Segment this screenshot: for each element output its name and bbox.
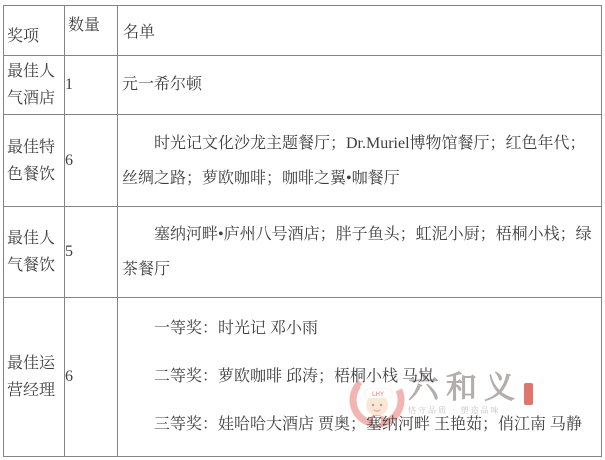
award-count: 6 bbox=[65, 298, 118, 457]
award-name: 最佳人气餐饮 bbox=[4, 207, 65, 298]
award-name: 最佳特色餐饮 bbox=[4, 115, 65, 207]
header-count: 数量 bbox=[65, 6, 118, 56]
table-header-row: 奖项 数量 名单 bbox=[4, 6, 602, 56]
award-count: 6 bbox=[65, 115, 118, 207]
award-list: 时光记文化沙龙主题餐厅；Dr.Muriel博物馆餐厅；红色年代；丝绸之路；萝欧咖… bbox=[118, 115, 602, 207]
table-row: 最佳特色餐饮 6 时光记文化沙龙主题餐厅；Dr.Muriel博物馆餐厅；红色年代… bbox=[4, 115, 602, 207]
award-name: 最佳运营经理 bbox=[4, 298, 65, 457]
award-results-table: 奖项 数量 名单 最佳人气酒店 1 元一希尔顿 最佳特色餐饮 6 时光记文化沙龙… bbox=[3, 5, 602, 457]
list-line-third-prize: 三等奖：娃哈哈大酒店 贾奥；塞纳河畔 王艳茹；俏江南 马静 bbox=[122, 401, 595, 449]
award-list: 一等奖：时光记 邓小雨 二等奖：萝欧咖啡 邱涛；梧桐小栈 马岚 三等奖：娃哈哈大… bbox=[118, 298, 602, 457]
list-line-first-prize: 一等奖：时光记 邓小雨 bbox=[122, 305, 595, 353]
list-line: 塞纳河畔•庐州八号酒店；胖子鱼头；虹泥小厨；梧桐小栈；绿茶餐厅 bbox=[122, 217, 595, 287]
header-award: 奖项 bbox=[4, 6, 65, 56]
list-line: 时光记文化沙龙主题餐厅；Dr.Muriel博物馆餐厅；红色年代；丝绸之路；萝欧咖… bbox=[122, 126, 595, 196]
header-list: 名单 bbox=[118, 6, 602, 56]
list-line: 元一希尔顿 bbox=[122, 74, 595, 96]
award-list: 塞纳河畔•庐州八号酒店；胖子鱼头；虹泥小厨；梧桐小栈；绿茶餐厅 bbox=[118, 207, 602, 298]
award-count: 1 bbox=[65, 56, 118, 115]
table-row: 最佳人气餐饮 5 塞纳河畔•庐州八号酒店；胖子鱼头；虹泥小厨；梧桐小栈；绿茶餐厅 bbox=[4, 207, 602, 298]
award-list: 元一希尔顿 bbox=[118, 56, 602, 115]
table-row: 最佳人气酒店 1 元一希尔顿 bbox=[4, 56, 602, 115]
table-row: 最佳运营经理 6 一等奖：时光记 邓小雨 二等奖：萝欧咖啡 邱涛；梧桐小栈 马岚… bbox=[4, 298, 602, 457]
list-line-second-prize: 二等奖：萝欧咖啡 邱涛；梧桐小栈 马岚 bbox=[122, 353, 595, 401]
page: LHY 六和义 恪守品质 · 塑造品味 奖项 数量 名单 最佳人气酒店 1 元一… bbox=[0, 0, 605, 460]
award-name: 最佳人气酒店 bbox=[4, 56, 65, 115]
award-count: 5 bbox=[65, 207, 118, 298]
